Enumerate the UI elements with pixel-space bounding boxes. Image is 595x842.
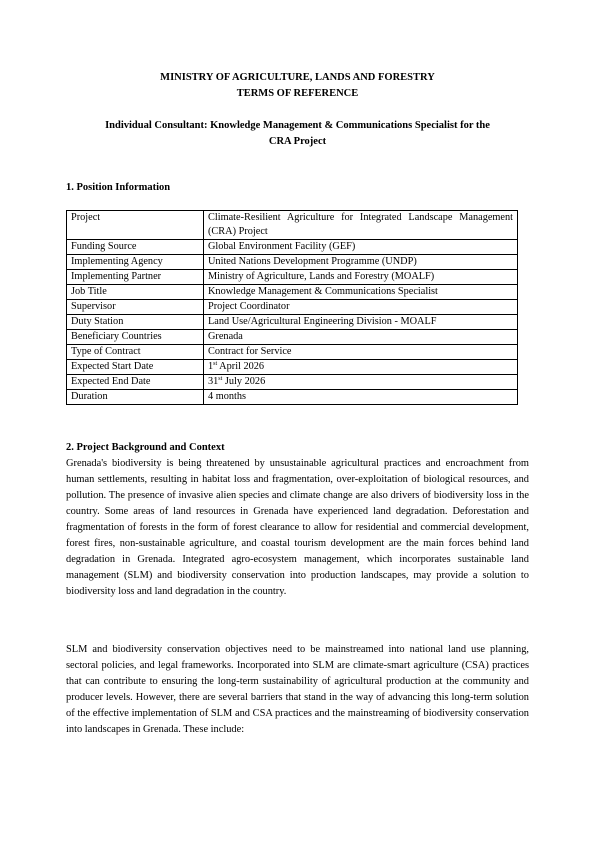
row-label: Expected End Date: [67, 375, 204, 390]
row-value: Ministry of Agriculture, Lands and Fores…: [204, 270, 518, 285]
table-row: Implementing Partner Ministry of Agricul…: [67, 270, 518, 285]
date-rest: July 2026: [222, 376, 265, 387]
row-label: Implementing Partner: [67, 270, 204, 285]
table-row: Job Title Knowledge Management & Communi…: [67, 285, 518, 300]
table-row: Project Climate-Resilient Agriculture fo…: [67, 211, 518, 240]
background-paragraph: SLM and biodiversity conservation object…: [66, 642, 529, 738]
row-label: Implementing Agency: [67, 255, 204, 270]
document-page: MINISTRY OF AGRICULTURE, LANDS AND FORES…: [0, 0, 595, 842]
row-value: 1st April 2026: [204, 360, 518, 375]
row-value: Climate-Resilient Agriculture for Integr…: [204, 211, 518, 240]
row-value: Project Coordinator: [204, 300, 518, 315]
row-label: Beneficiary Countries: [67, 330, 204, 345]
row-value: Land Use/Agricultural Engineering Divisi…: [204, 315, 518, 330]
table-row: Beneficiary Countries Grenada: [67, 330, 518, 345]
consultant-title-line2: CRA Project: [66, 134, 529, 150]
consultant-title-line1: Individual Consultant: Knowledge Managem…: [66, 118, 529, 134]
date-day: 31: [208, 376, 218, 387]
row-value: Grenada: [204, 330, 518, 345]
document-type-heading: TERMS OF REFERENCE: [66, 86, 529, 102]
background-paragraph: Grenada's biodiversity is being threaten…: [66, 456, 529, 600]
row-value: Knowledge Management & Communications Sp…: [204, 285, 518, 300]
table-row: Expected Start Date 1st April 2026: [67, 360, 518, 375]
table-row: Supervisor Project Coordinator: [67, 300, 518, 315]
ministry-heading: MINISTRY OF AGRICULTURE, LANDS AND FORES…: [66, 70, 529, 86]
table-row: Expected End Date 31st July 2026: [67, 375, 518, 390]
row-label: Funding Source: [67, 240, 204, 255]
row-label: Expected Start Date: [67, 360, 204, 375]
section-2-title: 2. Project Background and Context: [66, 440, 225, 456]
row-value: Global Environment Facility (GEF): [204, 240, 518, 255]
row-label: Supervisor: [67, 300, 204, 315]
table-row: Duty Station Land Use/Agricultural Engin…: [67, 315, 518, 330]
row-value: United Nations Development Programme (UN…: [204, 255, 518, 270]
row-label: Type of Contract: [67, 345, 204, 360]
row-label: Project: [67, 211, 204, 240]
row-label: Duration: [67, 390, 204, 405]
table-row: Implementing Agency United Nations Devel…: [67, 255, 518, 270]
position-information-table: Project Climate-Resilient Agriculture fo…: [66, 210, 518, 405]
table-row: Duration 4 months: [67, 390, 518, 405]
row-label: Duty Station: [67, 315, 204, 330]
section-1-title: 1. Position Information: [66, 180, 170, 196]
table-row: Type of Contract Contract for Service: [67, 345, 518, 360]
row-label: Job Title: [67, 285, 204, 300]
table-row: Funding Source Global Environment Facili…: [67, 240, 518, 255]
row-value: 31st July 2026: [204, 375, 518, 390]
row-value: Contract for Service: [204, 345, 518, 360]
date-rest: April 2026: [217, 361, 264, 372]
row-value: 4 months: [204, 390, 518, 405]
